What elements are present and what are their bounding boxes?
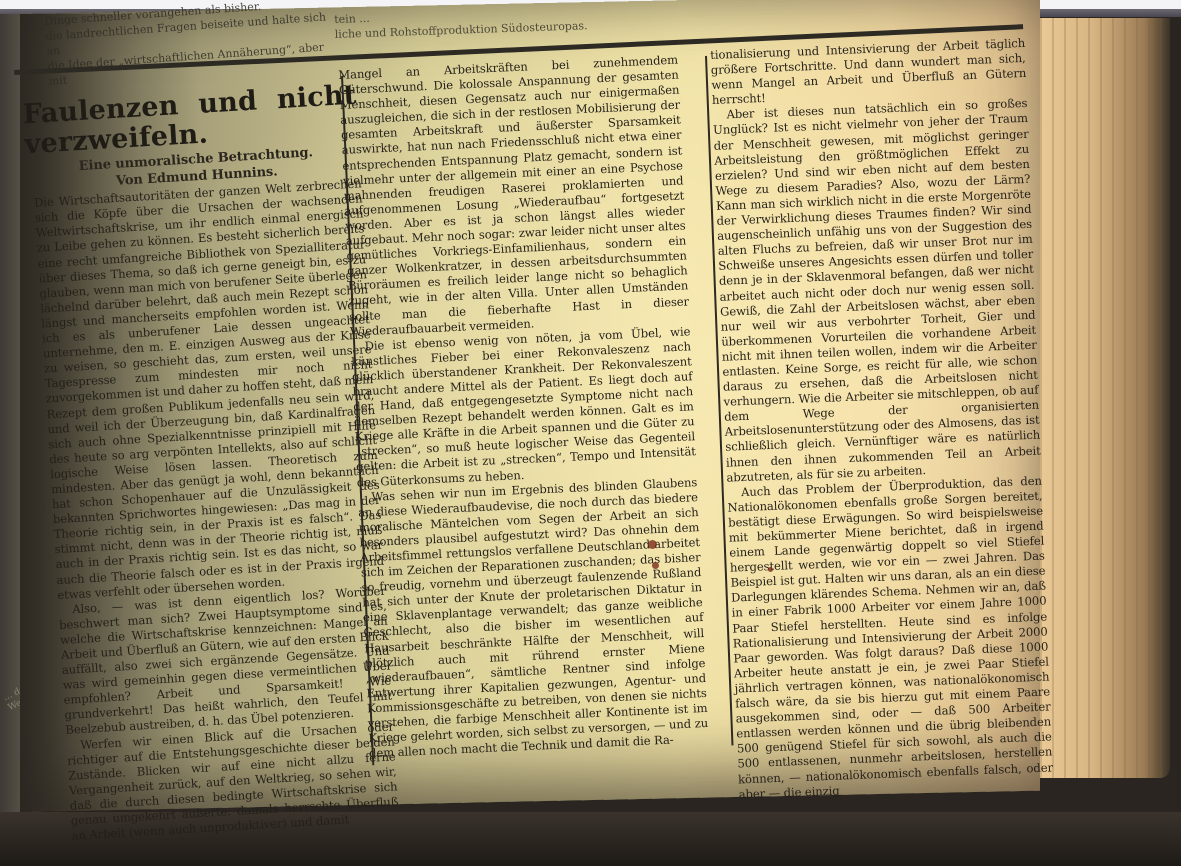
- paragraph: Was sehen wir nun im Ergebnis des blinde…: [357, 475, 709, 762]
- ink-stain: [768, 567, 773, 572]
- paragraph: Also, — was ist denn eigentlich los? Wor…: [58, 583, 393, 738]
- article-column-2: Mangel an Arbeitskräften bei zunehmendem…: [338, 53, 709, 762]
- paragraph: Mangel an Arbeitskräften bei zunehmendem…: [338, 53, 690, 340]
- paragraph: Werfen wir einen Blick auf die Ursachen …: [66, 719, 400, 844]
- page-stack-edges: [1040, 18, 1170, 778]
- paragraph: Aber ist dieses nun tatsächlich ein so g…: [712, 96, 1041, 485]
- paragraph: Auch das Problem der Überproduktion, das…: [727, 473, 1054, 802]
- ink-stain: [652, 562, 659, 569]
- ink-stain: [648, 540, 657, 549]
- paragraph: Die ist ebenso wenig von nöten, ja vom Ü…: [350, 324, 696, 490]
- paragraph: Die Wirtschaftsautoritäten der ganzen We…: [34, 177, 386, 603]
- article-column-3: tionalisierung und Intensivierung der Ar…: [710, 36, 1054, 802]
